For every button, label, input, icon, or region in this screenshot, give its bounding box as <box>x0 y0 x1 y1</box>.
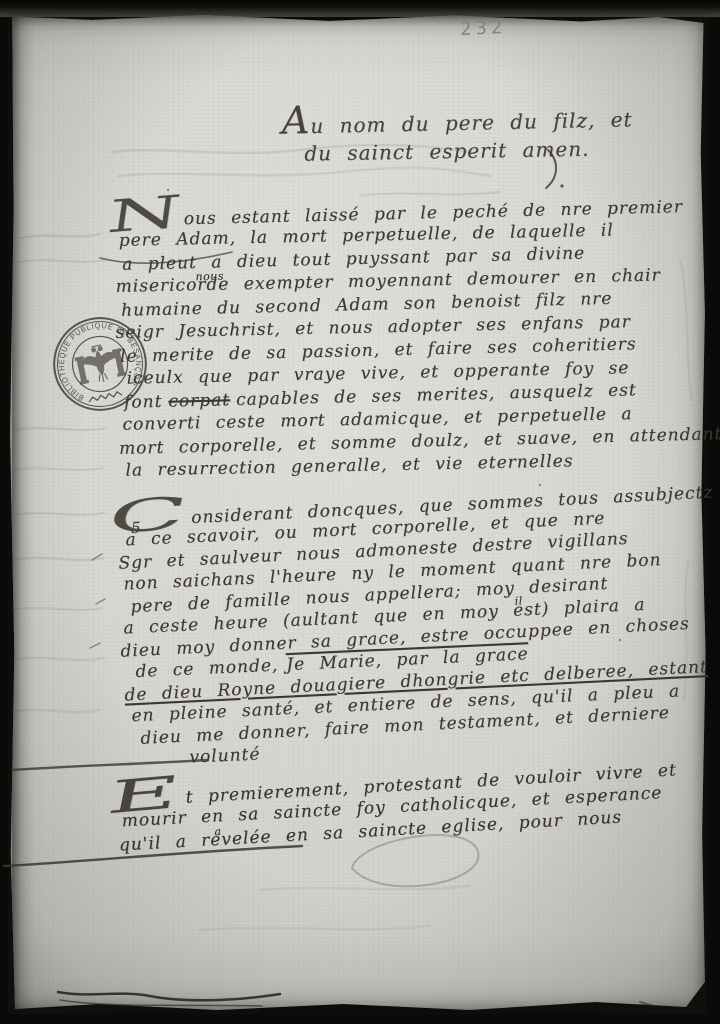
decorated-initial: N <box>106 202 185 228</box>
heading-line: du sainct esperit amen. <box>304 131 633 171</box>
struck-word: corpat <box>168 390 230 412</box>
folio-number: 232 <box>459 17 506 40</box>
decorated-initial: C <box>108 503 191 529</box>
interlinear-insertion: nous <box>195 265 224 289</box>
paragraph-considerant: 5Considerant doncques, que sommes tous a… <box>110 481 720 772</box>
interlinear-insertion: a <box>214 820 222 843</box>
decorated-initial: E <box>107 783 184 809</box>
interlinear-insertion: il <box>514 590 523 612</box>
text-line: font <box>124 392 163 413</box>
paragraph-exordium: Nous estant laissé par le peché de nre p… <box>110 194 720 483</box>
book-top-edge <box>0 0 720 17</box>
invocation-heading: Au nom du pere du filz, et du sainct esp… <box>281 97 633 171</box>
text-line: volunté <box>189 744 261 767</box>
manuscript-scan: 232 BIBLIOTHEQUE PUBLIQUE DE BESANÇON <box>0 0 720 1024</box>
